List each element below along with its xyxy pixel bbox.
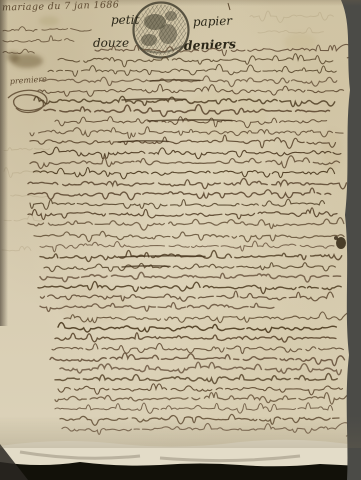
handwriting-line (28, 188, 331, 200)
margin-note-line (3, 27, 91, 32)
handwriting-line (60, 362, 341, 375)
stamp-word-douze: douze (93, 36, 129, 50)
handwriting-line (34, 96, 335, 106)
handwriting-line (28, 178, 346, 188)
strike-through-stroke (118, 141, 168, 142)
handwriting-line (40, 272, 341, 282)
handwriting-line (62, 423, 354, 436)
strike-through-stroke (122, 99, 186, 100)
showthrough-line (258, 28, 323, 33)
handwriting-line (58, 54, 333, 67)
ink-blots (334, 236, 346, 249)
stamp-word-petit: petit (111, 13, 139, 27)
royal-tax-stamp-emblem-icon (134, 3, 189, 58)
notary-paraph-flourish (8, 90, 47, 112)
handwriting-line (40, 241, 334, 252)
handwriting-line (60, 414, 339, 425)
handwriting-line (52, 343, 343, 353)
handwriting-line (55, 333, 336, 342)
handwriting-line (55, 392, 361, 405)
margin-note-line (3, 36, 74, 42)
tax-stamp: petit papier douze deniers (93, 3, 236, 58)
margin-notes-writing (3, 27, 91, 54)
strike-through-stroke (150, 80, 200, 81)
handwriting-line (38, 84, 344, 96)
handwriting-layer: petit papier douze deniers premiere (0, 0, 361, 480)
handwriting-line (40, 76, 337, 87)
ink-blot (334, 236, 338, 240)
handwriting-line (30, 199, 325, 209)
showthrough-line (4, 215, 42, 221)
handwriting-line (28, 208, 337, 220)
handwriting-line (30, 135, 335, 148)
margin-note-word: premiere (10, 74, 48, 86)
paper-stain (39, 16, 59, 26)
manuscript-page: mariage du 7 jan 1686 (0, 0, 361, 480)
handwriting-line (30, 156, 340, 169)
showthrough-line (4, 168, 44, 178)
showthrough-line (4, 148, 50, 151)
handwriting-line (55, 373, 337, 383)
handwriting-line (48, 64, 336, 76)
handwriting-line (28, 218, 344, 231)
handwriting-line (34, 231, 344, 241)
handwriting-line (34, 147, 341, 159)
handwriting-line (33, 167, 334, 178)
stray-ink-mark (228, 3, 230, 10)
stamp-word-deniers: deniers (184, 36, 237, 53)
handwriting-line (58, 384, 342, 395)
strike-through-stroke (120, 256, 205, 257)
handwriting-line (30, 127, 343, 139)
margin-note-line (3, 49, 34, 53)
handwriting-line (55, 403, 333, 414)
showthrough-line (11, 195, 49, 197)
stamp-word-papier: papier (193, 14, 234, 29)
paper-stain (7, 52, 19, 62)
showthrough-line (250, 11, 333, 22)
paper-stain (61, 285, 129, 325)
showthrough-line (2, 246, 31, 251)
paper-stain (284, 33, 316, 51)
handwriting-line (44, 263, 335, 272)
